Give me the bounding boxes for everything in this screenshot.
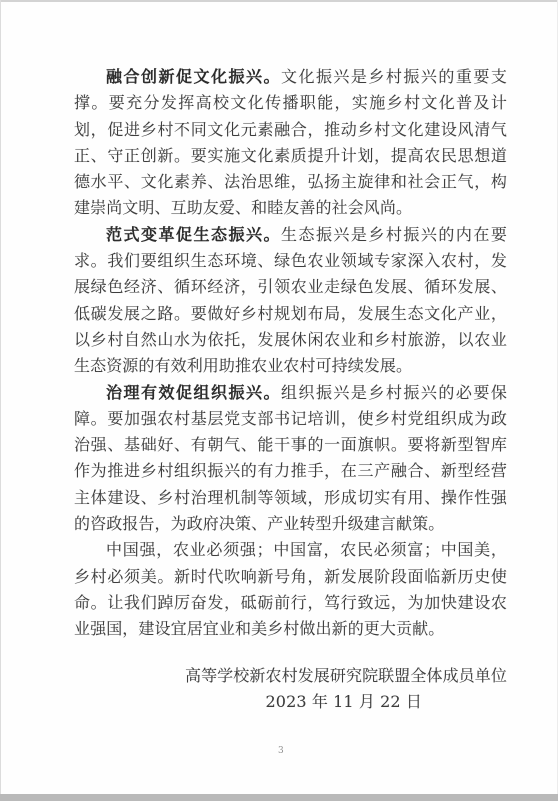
paragraph-lead-ecological: 范式变革促生态振兴。 [106, 225, 281, 244]
date-line: 2023 年 11 月 22 日 [74, 689, 507, 715]
document-body: 融合创新促文化振兴。文化振兴是乡村振兴的重要支撑。要充分发挥高校文化传播职能，实… [74, 64, 507, 715]
paragraph-text-ecological: 生态振兴是乡村振兴的内在要求。我们要组织生态环境、绿色农业领域专家深入农村，发展… [74, 225, 507, 375]
signature-line: 高等学校新农村发展研究院联盟全体成员单位 [74, 663, 507, 689]
paragraph-closing: 中国强，农业必须强；中国富，农民必须富；中国美，乡村必须美。新时代吹响新号角，新… [74, 537, 507, 642]
paragraph-lead-cultural: 融合创新促文化振兴。 [106, 67, 281, 86]
paragraph-cultural-revitalization: 融合创新促文化振兴。文化振兴是乡村振兴的重要支撑。要充分发挥高校文化传播职能，实… [74, 64, 507, 222]
paragraph-ecological-revitalization: 范式变革促生态振兴。生态振兴是乡村振兴的内在要求。我们要组织生态环境、绿色农业领… [74, 222, 507, 380]
paragraph-text-organizational: 组织振兴是乡村振兴的必要保障。要加强农村基层党支部书记培训，使乡村党组织成为政治… [74, 383, 507, 533]
page-number: 3 [278, 746, 284, 756]
paragraph-text-cultural: 文化振兴是乡村振兴的重要支撑。要充分发挥高校文化传播职能，实施乡村文化普及计划，… [74, 67, 507, 217]
paragraph-organizational-revitalization: 治理有效促组织振兴。组织振兴是乡村振兴的必要保障。要加强农村基层党支部书记培训，… [74, 380, 507, 538]
paragraph-lead-organizational: 治理有效促组织振兴。 [106, 383, 281, 402]
scan-edge-top [0, 0, 558, 2]
scan-edge-left [0, 0, 1, 801]
scan-edge-bottom [0, 794, 558, 801]
scanned-document-page: 融合创新促文化振兴。文化振兴是乡村振兴的重要支撑。要充分发挥高校文化传播职能，实… [0, 0, 558, 801]
paragraph-text-closing: 中国强，农业必须强；中国富，农民必须富；中国美，乡村必须美。新时代吹响新号角，新… [74, 540, 507, 638]
